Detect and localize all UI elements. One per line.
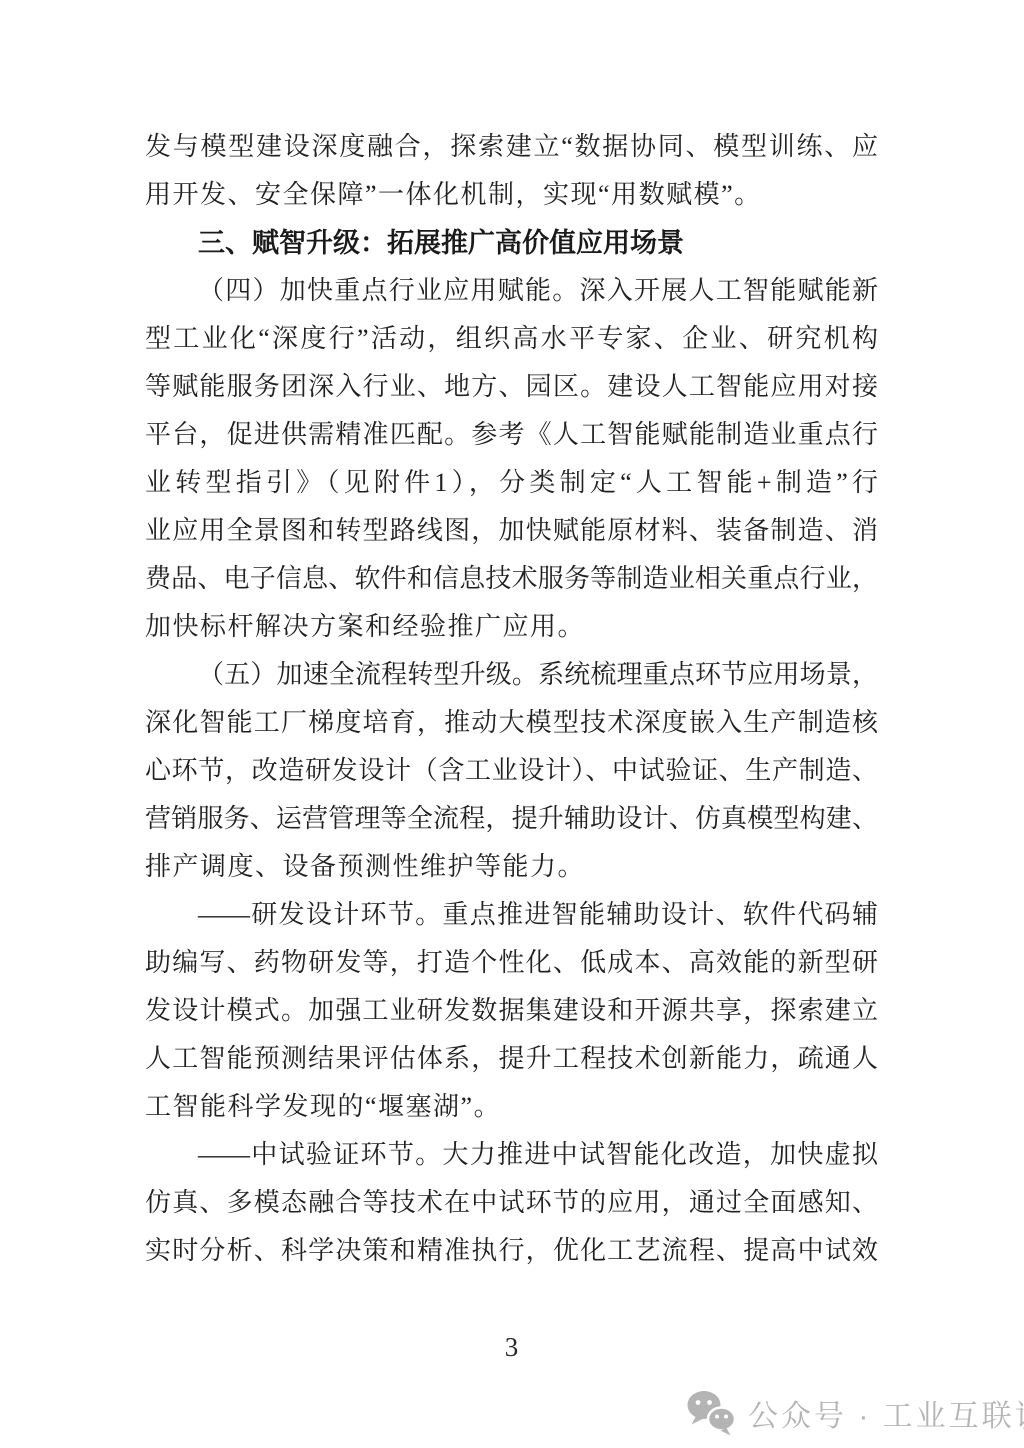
paragraph-line: 加快标杆解决方案和经验推广应用。 [145,603,878,651]
document-page: 发与模型建设深度融合，探索建立“数据协同、模型训练、应 用开发、安全保障”一体化… [0,0,1024,1448]
paragraph-line: 用开发、安全保障”一体化机制，实现“用数赋模”。 [145,171,878,219]
page-number: 3 [145,1332,878,1363]
body-text: 发与模型建设深度融合，探索建立“数据协同、模型训练、应 用开发、安全保障”一体化… [145,123,878,1275]
paragraph-line: 等赋能服务团深入行业、地方、园区。建设人工智能应用对接 [145,363,878,411]
watermark-label: 公众号 · 工业互联说 [748,1391,1024,1435]
paragraph-line: 发与模型建设深度融合，探索建立“数据协同、模型训练、应 [145,123,878,171]
paragraph-line: （四）加快重点行业应用赋能。深入开展人工智能赋能新 [145,267,878,315]
paragraph-line: ——中试验证环节。大力推进中试智能化改造，加快虚拟 [145,1131,878,1179]
paragraph-line: 费品、电子信息、软件和信息技术服务等制造业相关重点行业， [145,555,878,603]
paragraph-line: 业应用全景图和转型路线图，加快赋能原材料、装备制造、消 [145,507,878,555]
paragraph-line: 深化智能工厂梯度培育，推动大模型技术深度嵌入生产制造核 [145,699,878,747]
paragraph-line: 营销服务、运营管理等全流程，提升辅助设计、仿真模型构建、 [145,795,878,843]
paragraph-line: 排产调度、设备预测性维护等能力。 [145,843,878,891]
paragraph-line: 发设计模式。加强工业研发数据集建设和开源共享，探索建立 [145,987,878,1035]
paragraph-line: 心环节，改造研发设计（含工业设计）、中试验证、生产制造、 [145,747,878,795]
paragraph-line: 平台，促进供需精准匹配。参考《人工智能赋能制造业重点行 [145,411,878,459]
paragraph-line: 型工业化“深度行”活动，组织高水平专家、企业、研究机构 [145,315,878,363]
section-heading: 三、赋智升级：拓展推广高价值应用场景 [145,219,878,267]
paragraph-line: 助编写、药物研发等，打造个性化、低成本、高效能的新型研 [145,939,878,987]
wechat-icon [686,1390,736,1436]
paragraph-line: 业转型指引》（见附件1），分类制定“人工智能+制造”行 [145,459,878,507]
paragraph-line: ——研发设计环节。重点推进智能辅助设计、软件代码辅 [145,891,878,939]
watermark: 公众号 · 工业互联说 [686,1390,1024,1436]
paragraph-line: （五）加速全流程转型升级。系统梳理重点环节应用场景， [145,651,878,699]
paragraph-line: 实时分析、科学决策和精准执行，优化工艺流程、提高中试效 [145,1227,878,1275]
paragraph-line: 工智能科学发现的“堰塞湖”。 [145,1083,878,1131]
paragraph-line: 仿真、多模态融合等技术在中试环节的应用，通过全面感知、 [145,1179,878,1227]
paragraph-line: 人工智能预测结果评估体系，提升工程技术创新能力，疏通人 [145,1035,878,1083]
